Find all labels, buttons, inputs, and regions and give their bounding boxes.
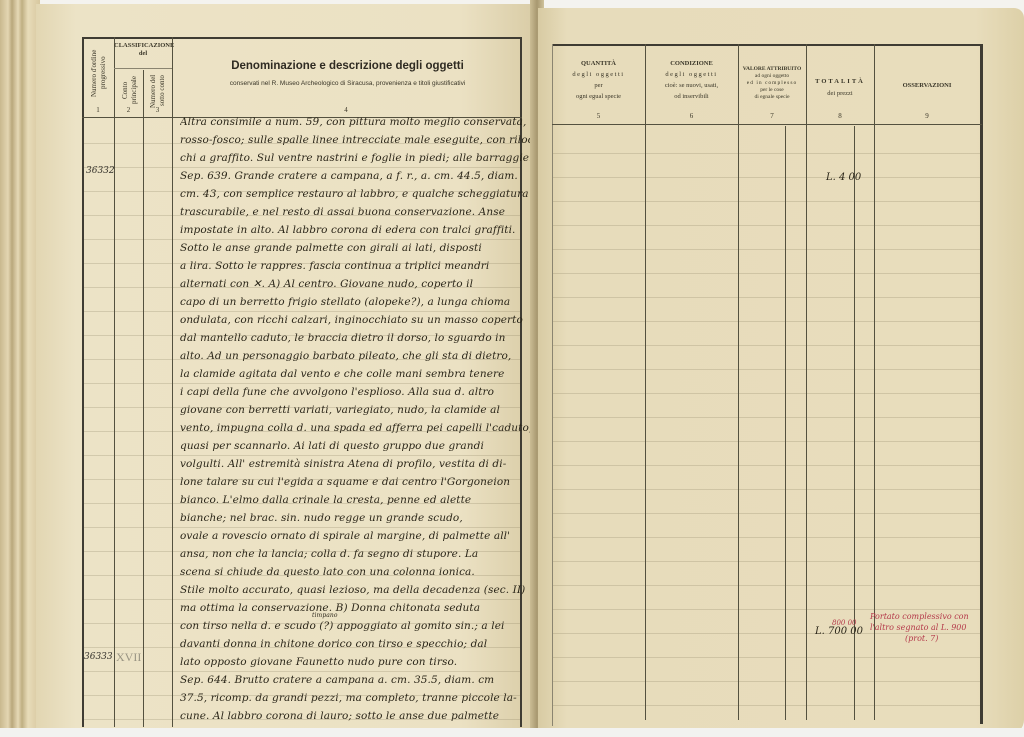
column-number-1: 1 xyxy=(82,106,114,114)
header-condizione-title: CONDIZIONE xyxy=(645,58,738,69)
page-title: Denominazione e descrizione degli oggett… xyxy=(175,60,520,72)
header-quantita: QUANTITÀ degli oggetti per ogni egual sp… xyxy=(552,58,645,102)
interlinear-note: timpano xyxy=(312,612,352,619)
header-condizione-line4: od inservibili xyxy=(645,91,738,102)
observation-line: (prot. 7) xyxy=(905,634,938,644)
description-line: con tirso nella d. e scudo (?) appoggiat… xyxy=(180,620,530,632)
header-condizione: CONDIZIONE degli oggetti cioè: se nuovi,… xyxy=(645,58,738,102)
classification-xvii: XVII xyxy=(116,650,141,665)
description-line: Altra consimile a num. 59, con pittura m… xyxy=(180,116,530,128)
description-line: ma ottima la conservazione. B) Donna chi… xyxy=(180,602,530,614)
description-line: rosso-fosco; sulle spalle linee intrecci… xyxy=(180,134,530,146)
description-line: bianche; nel brac. sin. nudo regge un gr… xyxy=(180,512,530,524)
header-conto-principale: Conto principale xyxy=(121,74,137,106)
description-line: lone talare su cui l'egida a squame e da… xyxy=(180,476,530,488)
description-line: giovane con berretti variati, variegiato… xyxy=(180,404,530,416)
description-line: Stile molto accurato, quasi lezioso, ma … xyxy=(180,584,530,596)
description-line: dal mantello caduto, le braccia dietro i… xyxy=(180,332,530,344)
header-condizione-line2: degli oggetti xyxy=(645,69,738,80)
background-surface xyxy=(0,728,1024,737)
header-totalita-title: TOTALITÀ xyxy=(806,76,874,88)
header-valore-line4: per le cose xyxy=(738,87,806,94)
reg-number-36333: 36333 xyxy=(84,652,113,662)
header-valore-line2: ad ogni oggetto xyxy=(738,73,806,80)
description-line: alternati con ✕. A) Al centro. Giovane n… xyxy=(180,278,530,290)
description-line: alto. Ad un personaggio barbato pileato,… xyxy=(180,350,530,362)
header-totalita-line2: dei prezzi xyxy=(806,88,874,100)
description-line: cune. Al labbro corona di lauro; sotto l… xyxy=(180,710,530,722)
reg-number-36332: 36332 xyxy=(86,166,115,176)
column-number-6: 6 xyxy=(645,112,738,120)
description-line: lato opposto giovane Faunetto nudo pure … xyxy=(180,656,530,668)
column-number-5: 5 xyxy=(552,112,645,120)
page-subtitle: conservati nel R. Museo Archeologico di … xyxy=(175,80,520,87)
description-line: bianco. L'elmo dalla crinale la cresta, … xyxy=(180,494,530,506)
description-line: a lira. Sotto le rappres. fascia continu… xyxy=(180,260,530,272)
header-sotto-conto: Numero del sotto conto xyxy=(149,74,165,108)
header-quantita-title: QUANTITÀ xyxy=(552,58,645,69)
description-line: quasi per scannarlo. Ai lati di questo g… xyxy=(180,440,530,452)
description-line: 37.5, ricomp. da grandi pezzi, ma comple… xyxy=(180,692,530,704)
header-classificazione: CLASSIFICAZIONE del xyxy=(114,42,172,58)
description-line: ovale a rovescio ornato di spirale al ma… xyxy=(180,530,530,542)
header-totalita: TOTALITÀ dei prezzi xyxy=(806,76,874,100)
description-line: ondulata, con ricchi calzari, inginocchi… xyxy=(180,314,530,326)
column-number-3: 3 xyxy=(143,106,172,114)
description-line: davanti donna in chitone dorico con tirs… xyxy=(180,638,530,650)
header-valore: VALORE ATTRIBUITO ad ogni oggetto ed in … xyxy=(738,66,806,101)
header-condizione-line3: cioè: se nuovi, usati, xyxy=(645,80,738,91)
description-line: capo di un berretto frigio stellato (alo… xyxy=(180,296,530,308)
open-ledger-book: Numero d'ordine progressivo CLASSIFICAZI… xyxy=(0,0,1024,737)
header-valore-title: VALORE ATTRIBUITO xyxy=(738,66,806,73)
price-correction: 800 00 xyxy=(832,618,857,628)
header-quantita-line3: per xyxy=(552,80,645,91)
description-line: Sep. 639. Grande cratere a campana, a f.… xyxy=(180,170,530,182)
column-number-8: 8 xyxy=(806,112,874,120)
description-line: la clamide agitata dal vento e che colle… xyxy=(180,368,530,380)
description-line: volgulti. All' estremità sinistra Atena … xyxy=(180,458,530,470)
description-line: trascurabile, e nel resto di assai buona… xyxy=(180,206,530,218)
column-number-4: 4 xyxy=(172,106,520,114)
description-line: scena si chiude da questo lato con una c… xyxy=(180,566,530,578)
column-number-9: 9 xyxy=(874,112,980,120)
total-price-entry-1: L. 4 00 xyxy=(826,172,861,183)
description-line: i capi della fune che avvolgono l'esplio… xyxy=(180,386,530,398)
header-valore-line5: di egnale specie xyxy=(738,94,806,101)
column-number-7: 7 xyxy=(738,112,806,120)
column-number-2: 2 xyxy=(114,106,143,114)
description-line: ansa, non che la lancia; colla d. fa seg… xyxy=(180,548,530,560)
header-quantita-line4: ogni egual specie xyxy=(552,91,645,102)
observation-line: l'altro segnato al L. 900 xyxy=(870,623,966,633)
header-valore-line3: ed in complesso xyxy=(738,80,806,87)
page-stack-edge xyxy=(0,0,40,737)
description-line: Sotto le anse grande palmette con girali… xyxy=(180,242,530,254)
header-quantita-line2: degli oggetti xyxy=(552,69,645,80)
description-line: chi a graffito. Sul ventre nastrini e fo… xyxy=(180,152,530,164)
description-line: impostate in alto. Al labbro corona di e… xyxy=(180,224,530,236)
description-line: cm. 43, con semplice restauro al labbro,… xyxy=(180,188,530,200)
description-line: vento, impugna colla d. una spada ed aff… xyxy=(180,422,530,434)
description-line: Sep. 644. Brutto cratere a campana a. cm… xyxy=(180,674,530,686)
header-numero-ordine: Numero d'ordine progressivo xyxy=(90,42,106,104)
observation-line: Portato complessivo con xyxy=(870,612,969,622)
header-osservazioni: OSSERVAZIONI xyxy=(874,82,980,89)
